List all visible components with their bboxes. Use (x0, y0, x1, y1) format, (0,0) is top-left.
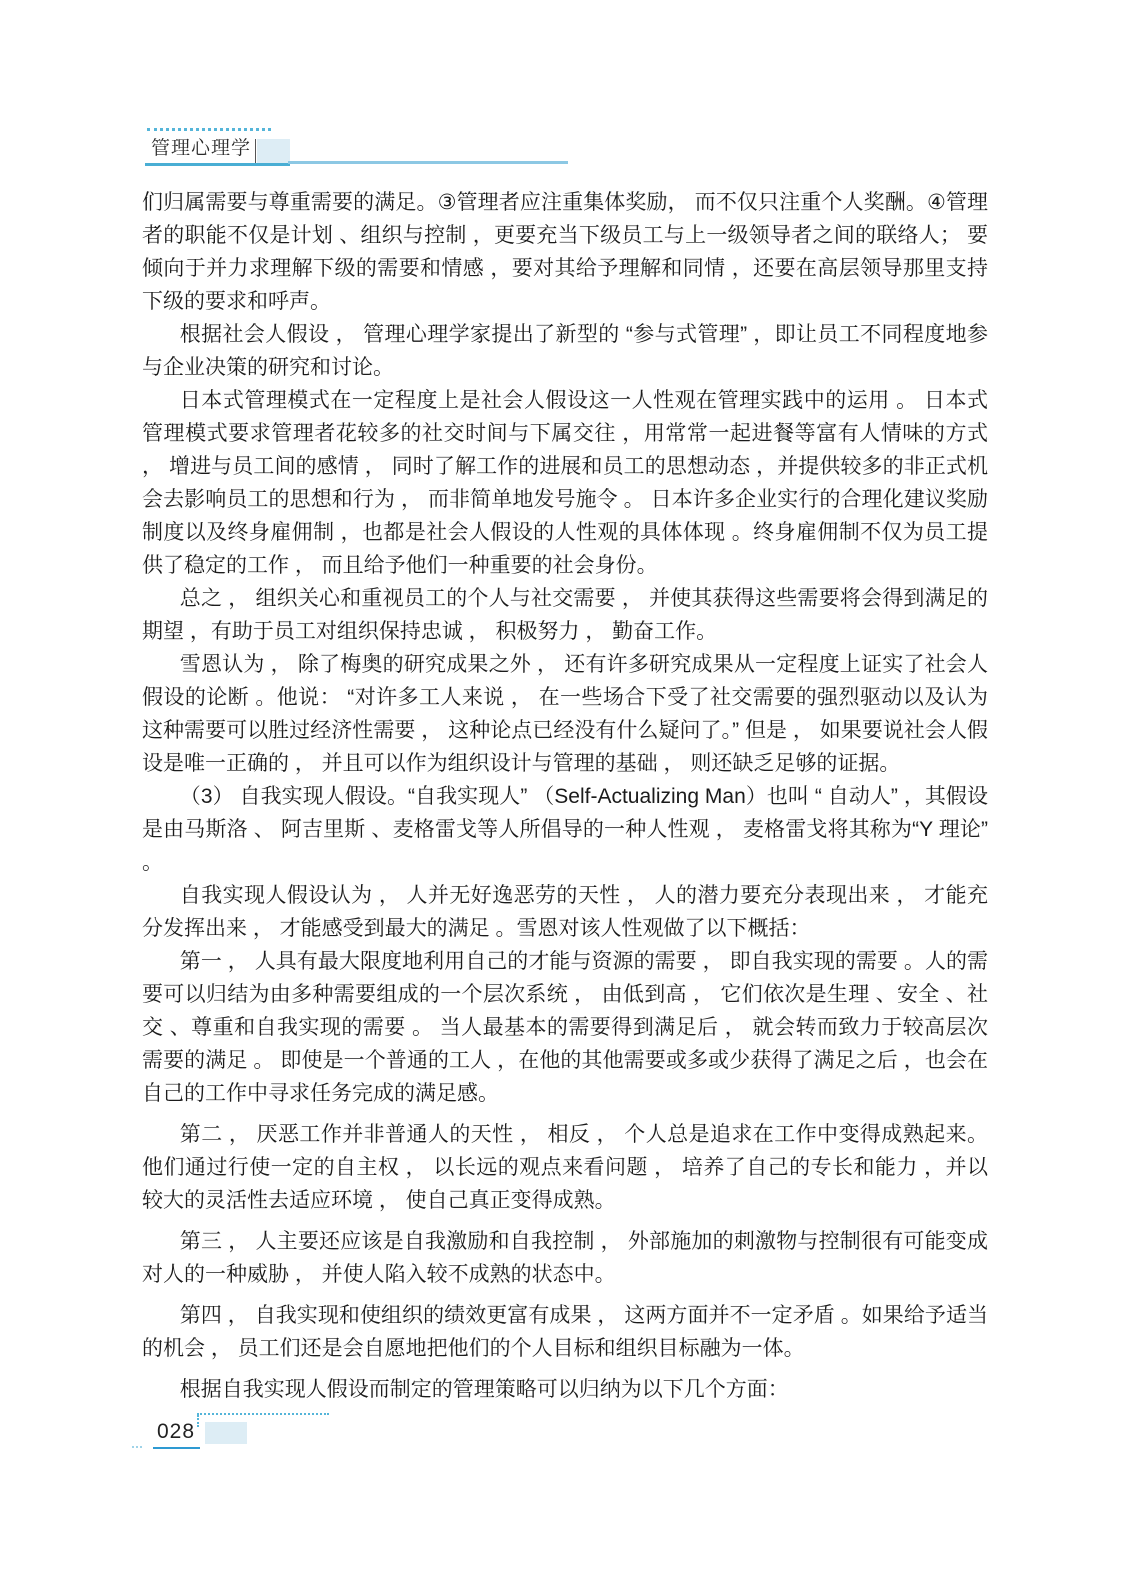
footer-dotted-mark (132, 1446, 142, 1448)
paragraph-point-four: 第四 ， 自我实现和使组织的绩效更富有成果 ， 这两方面并不一定矛盾 。如果给予… (142, 1299, 988, 1365)
paragraph-participative-management: 根据社会人假设 ， 管理心理学家提出了新型的 “参与式管理” ，即让员工不同程度… (142, 318, 988, 384)
header-rule-light (288, 161, 568, 164)
paragraph-self-actualizing-assumption: 自我实现人假设认为 ， 人并无好逸恶劳的天性 ， 人的潜力要充分表现出来 ， 才… (142, 879, 988, 945)
paragraph-point-one: 第一 ， 人具有最大限度地利用自己的才能与资源的需要 ， 即自我实现的需要 。人… (142, 945, 988, 1110)
page-number-underline (153, 1447, 200, 1449)
paragraph-point-two: 第二 ， 厌恶工作并非普通人的天性 ， 相反 ， 个人总是追求在工作中变得成熟起… (142, 1118, 988, 1217)
page-body: 们归属需要与尊重需要的满足。③管理者应注重集体奖励， 而不仅只注重个人奖酬。④管… (142, 186, 988, 1406)
footer-dotted-line (197, 1413, 329, 1415)
paragraph-point-three: 第三 ， 人主要还应该是自我激励和自我控制 ， 外部施加的刺激物与控制很有可能变… (142, 1225, 988, 1291)
paragraph-self-actualizing-man: （3） 自我实现人假设。“自我实现人” （Self-Actualizing Ma… (142, 780, 988, 879)
paragraph-japanese-management: 日本式管理模式在一定程度上是社会人假设这一人性观在管理实践中的运用 。 日本式管… (142, 384, 988, 582)
paragraph-schein-view: 雪恩认为 ， 除了梅奥的研究成果之外 ， 还有许多研究成果从一定程度上证实了社会… (142, 648, 988, 780)
footer-highlight-box (205, 1422, 247, 1444)
footer-dotted-tick (197, 1415, 199, 1427)
header-dotted-line (147, 128, 271, 131)
paragraph-management-strategy-intro: 根据自我实现人假设而制定的管理策略可以归纳为以下几个方面： (142, 1373, 988, 1406)
paragraph-continuation: 们归属需要与尊重需要的满足。③管理者应注重集体奖励， 而不仅只注重个人奖酬。④管… (142, 186, 988, 318)
book-title: 管理心理学 (151, 136, 251, 162)
book-page: 管理心理学 们归属需要与尊重需要的满足。③管理者应注重集体奖励， 而不仅只注重个… (0, 0, 1128, 1570)
paragraph-summary-social-needs: 总之 ， 组织关心和重视员工的个人与社交需要 ， 并使其获得这些需要将会得到满足… (142, 582, 988, 648)
header-divider-line (255, 139, 256, 163)
header-rule-dark (145, 163, 290, 166)
header-highlight-box (257, 139, 290, 163)
page-number: 028 (157, 1420, 195, 1444)
